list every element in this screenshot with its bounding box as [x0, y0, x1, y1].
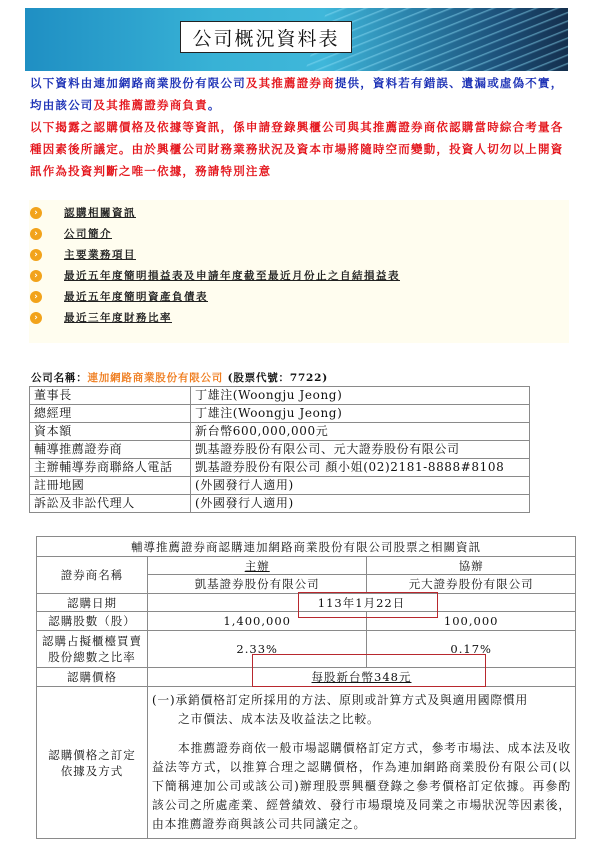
- underwriter-table: 輔導推薦證券商認購連加網路商業股份有限公司股票之相關資訊 證券商名稱 主辦 協辦…: [36, 536, 576, 839]
- lead-broker-header: 主辦: [148, 557, 367, 575]
- method-body: 本推薦證券商依一般市場認購價格訂定方式，參考市場法、成本法及收益法等方式，以推算…: [152, 739, 571, 834]
- link-company-profile[interactable]: 公司簡介: [64, 226, 112, 241]
- method-heading-cont: 之市價法、成本法及收益法之比較。: [152, 710, 571, 729]
- row-key: 總經理: [30, 405, 191, 423]
- chevron-right-icon: ›: [30, 249, 42, 261]
- row-key: 訴訟及非訟代理人: [30, 495, 191, 513]
- lead-shares: 1,400,000: [148, 612, 367, 631]
- link-item[interactable]: ›公司簡介: [29, 223, 400, 244]
- subscription-price: 每股新台幣348元: [148, 668, 576, 687]
- row-value: 丁雄注(Woongju Jeong): [191, 387, 530, 405]
- subscription-shares-label: 認購股數（股）: [37, 612, 148, 631]
- method-label-line: 依據及方式: [61, 764, 124, 778]
- section-links-panel: ›認購相關資訊 ›公司簡介 ›主要業務項目 ›最近五年度簡明損益表及申請年度截至…: [29, 200, 569, 343]
- company-name-label: 公司名稱：: [31, 372, 88, 384]
- chevron-right-icon: ›: [30, 312, 42, 324]
- pricing-method-label: 認購價格之訂定依據及方式: [37, 687, 148, 839]
- company-name-line: 公司名稱：連加網路商業股份有限公司 (股票代號：7722): [31, 370, 328, 385]
- chevron-right-icon: ›: [30, 207, 42, 219]
- link-financial-ratios[interactable]: 最近三年度財務比率: [64, 310, 172, 325]
- ratio-label: 認購占擬櫃檯買賣股份總數之比率: [37, 631, 148, 668]
- lead-broker-name: 凱基證券股份有限公司: [148, 575, 367, 594]
- link-main-business[interactable]: 主要業務項目: [64, 247, 136, 262]
- table-row: 董事長丁雄注(Woongju Jeong): [30, 387, 530, 405]
- chevron-right-icon: ›: [30, 228, 42, 240]
- notice-text: 及其推薦證券商負責: [94, 98, 208, 112]
- page-title: 公司概況資料表: [180, 21, 352, 53]
- row-value: 凱基證券股份有限公司、元大證券股份有限公司: [191, 441, 530, 459]
- row-key: 註冊地國: [30, 477, 191, 495]
- table-row: 註冊地國(外國發行人適用): [30, 477, 530, 495]
- ratio-label-line: 股份總數之比率: [48, 650, 136, 664]
- notice-text: 以下資料由連加網路商業股份有限公司: [30, 76, 246, 90]
- row-value: 丁雄注(Woongju Jeong): [191, 405, 530, 423]
- link-item[interactable]: ›最近三年度財務比率: [29, 307, 400, 328]
- link-item[interactable]: ›最近五年度簡明資產負債表: [29, 286, 400, 307]
- table-row: 資本額新台幣600,000,000元: [30, 423, 530, 441]
- row-key: 輔導推薦證券商: [30, 441, 191, 459]
- lead-ratio: 2.33%: [148, 631, 367, 668]
- chevron-right-icon: ›: [30, 291, 42, 303]
- co-shares: 100,000: [367, 612, 576, 631]
- row-key: 主辦輔導券商聯絡人電話: [30, 459, 191, 477]
- notice-text: 及其推薦證券商: [246, 76, 335, 90]
- disclaimer-notice: 以下資料由連加網路商業股份有限公司及其推薦證券商提供，資料若有錯誤、遺漏或虛偽不…: [30, 72, 570, 116]
- chevron-right-icon: ›: [30, 270, 42, 282]
- row-key: 董事長: [30, 387, 191, 405]
- co-ratio: 0.17%: [367, 631, 576, 668]
- method-heading: (一)承銷價格訂定所採用的方法、原則或計算方式及與適用國際慣用: [152, 693, 528, 707]
- row-value: (外國發行人適用): [191, 477, 530, 495]
- ratio-label-line: 認購占擬櫃檯買賣: [42, 634, 142, 648]
- pricing-method-text: (一)承銷價格訂定所採用的方法、原則或計算方式及與適用國際慣用 之市價法、成本法…: [148, 687, 576, 839]
- stock-code: (股票代號：7722): [228, 372, 328, 384]
- co-broker-name: 元大證券股份有限公司: [367, 575, 576, 594]
- pricing-notice: 以下揭露之認購價格及依據等資訊，係申請登錄興櫃公司與其推薦證券商依認購當時綜合考…: [30, 116, 570, 182]
- co-broker-header: 協辦: [367, 557, 576, 575]
- company-info-table: 董事長丁雄注(Woongju Jeong) 總經理丁雄注(Woongju Jeo…: [29, 386, 530, 513]
- table-row: 輔導推薦證券商凱基證券股份有限公司、元大證券股份有限公司: [30, 441, 530, 459]
- header-banner: 公司概況資料表: [25, 8, 568, 71]
- broker-name-label: 證券商名稱: [37, 557, 148, 594]
- company-name: 連加網路商業股份有限公司: [88, 372, 224, 384]
- table-row: 主辦輔導券商聯絡人電話凱基證券股份有限公司 顏小姐(02)2181-8888#8…: [30, 459, 530, 477]
- price-label: 認購價格: [37, 668, 148, 687]
- subscription-date: 113年1月22日: [148, 594, 576, 612]
- row-value: 新台幣600,000,000元: [191, 423, 530, 441]
- method-label-line: 認購價格之訂定: [48, 748, 136, 762]
- link-item[interactable]: ›認購相關資訊: [29, 202, 400, 223]
- row-key: 資本額: [30, 423, 191, 441]
- row-value: 凱基證券股份有限公司 顏小姐(02)2181-8888#8108: [191, 459, 530, 477]
- subscription-date-label: 認購日期: [37, 594, 148, 612]
- row-value: (外國發行人適用): [191, 495, 530, 513]
- link-item[interactable]: ›主要業務項目: [29, 244, 400, 265]
- link-item[interactable]: ›最近五年度簡明損益表及申請年度截至最近月份止之自結損益表: [29, 265, 400, 286]
- link-subscription-info[interactable]: 認購相關資訊: [64, 205, 136, 220]
- link-balance-sheet[interactable]: 最近五年度簡明資產負債表: [64, 289, 208, 304]
- table-title: 輔導推薦證券商認購連加網路商業股份有限公司股票之相關資訊: [37, 537, 576, 557]
- table-row: 總經理丁雄注(Woongju Jeong): [30, 405, 530, 423]
- table-row: 訴訟及非訟代理人(外國發行人適用): [30, 495, 530, 513]
- link-income-statement[interactable]: 最近五年度簡明損益表及申請年度截至最近月份止之自結損益表: [64, 268, 400, 283]
- notice-text: 。: [208, 98, 221, 112]
